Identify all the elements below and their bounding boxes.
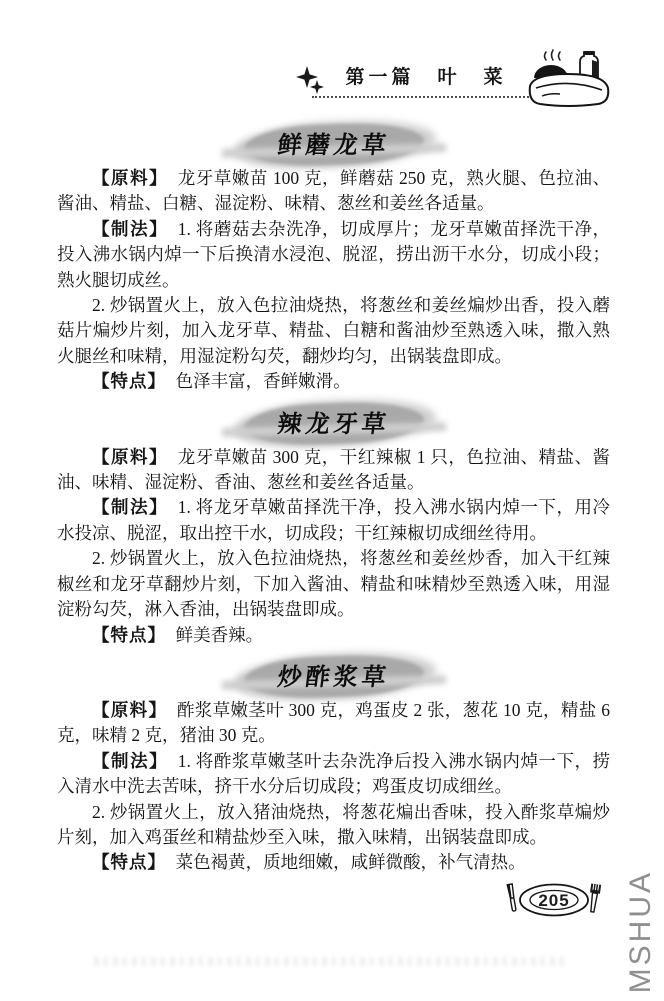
dish-illustration-icon [522, 48, 614, 112]
feature-label: 【特点】 [92, 371, 166, 391]
knife-icon [507, 884, 517, 911]
method-step-text: 2. 炒锅置火上，放入色拉油烧热，将葱丝和姜丝炒香，加入干红辣椒丝和龙牙草翻炒片… [57, 548, 610, 619]
feature-label: 【特点】 [92, 852, 166, 872]
recipe-title-banner: 鲜蘑龙草 [57, 120, 610, 160]
method-step-paragraph: 【制法】1. 将龙牙草嫩苗择洗干净，投入沸水锅内焯一下，用冷水投凉、脱涩，取出控… [57, 495, 610, 546]
page-body: 鲜蘑龙草 【原料】龙牙草嫩苗 100 克，鲜蘑菇 250 克，熟火腿、色拉油、酱… [57, 116, 610, 876]
method-step-text: 2. 炒锅置火上，放入猪油烧热，将葱花煸出香味，投入酢浆草煸炒片刻，加入鸡蛋丝和… [57, 802, 610, 847]
method-label: 【制法】 [92, 497, 168, 517]
recipe-section: 辣龙牙草 【原料】龙牙草嫩苗 300 克，干红辣椒 1 只，色拉油、精盐、酱油、… [57, 399, 610, 648]
method-label: 【制法】 [92, 751, 168, 771]
recipe-section: 鲜蘑龙草 【原料】龙牙草嫩苗 100 克，鲜蘑菇 250 克，熟火腿、色拉油、酱… [57, 120, 610, 395]
ingredients-label: 【原料】 [92, 700, 167, 720]
recipe-title: 鲜蘑龙草 [275, 125, 391, 160]
method-step-paragraph: 2. 炒锅置火上，放入色拉油烧热，将葱丝和姜丝炒香，加入干红辣椒丝和龙牙草翻炒片… [57, 546, 610, 622]
method-step-paragraph: 2. 炒锅置火上，放入色拉油烧热，将葱丝和姜丝煸炒出香，投入蘑菇片煸炒片刻，加入… [57, 293, 610, 369]
scanned-book-page: 第一篇 叶 菜 鲜蘑龙草 【原料 [0, 0, 664, 1001]
brush-stroke-background: 辣龙牙草 [256, 399, 412, 446]
ingredients-label: 【原料】 [92, 168, 168, 188]
method-label: 【制法】 [92, 219, 168, 239]
feature-text: 菜色褐黄，质地细嫩，咸鲜微酸，补气清热。 [176, 852, 526, 872]
page-number-plate: 205 [501, 878, 605, 922]
recipe-title: 辣龙牙草 [275, 404, 391, 439]
section-title: 第一篇 叶 菜 [345, 67, 506, 88]
page-number: 205 [538, 891, 569, 910]
ingredients-label: 【原料】 [92, 447, 168, 467]
ingredients-paragraph: 【原料】龙牙草嫩苗 100 克，鲜蘑菇 250 克，熟火腿、色拉油、酱油、精盐、… [57, 166, 610, 217]
method-step-paragraph: 2. 炒锅置火上，放入猪油烧热，将葱花煸出香味，投入酢浆草煸炒片刻，加入鸡蛋丝和… [57, 800, 610, 851]
method-step-text: 2. 炒锅置火上，放入色拉油烧热，将葱丝和姜丝煸炒出香，投入蘑菇片煸炒片刻，加入… [57, 295, 610, 366]
recipe-title-banner: 辣龙牙草 [57, 399, 610, 439]
brush-stroke-background: 鲜蘑龙草 [256, 120, 412, 167]
header-dotted-rule: 第一篇 叶 菜 [312, 62, 540, 98]
ingredients-paragraph: 【原料】龙牙草嫩苗 300 克，干红辣椒 1 只，色拉油、精盐、酱油、味精、湿淀… [57, 445, 610, 496]
recipe-title: 炒酢浆草 [275, 657, 391, 692]
ingredients-paragraph: 【原料】酢浆草嫩茎叶 300 克，鸡蛋皮 2 张，葱花 10 克，精盐 6 克，… [57, 698, 610, 749]
feature-text: 色泽丰富，香鲜嫩滑。 [176, 371, 351, 391]
fork-icon [587, 883, 601, 912]
feature-paragraph: 【特点】鲜美香辣。 [57, 623, 610, 648]
feature-paragraph: 【特点】色泽丰富，香鲜嫩滑。 [57, 369, 610, 394]
feature-paragraph: 【特点】菜色褐黄，质地细嫩，咸鲜微酸，补气清热。 [57, 850, 610, 875]
feature-label: 【特点】 [92, 625, 166, 645]
bleed-through-artifact [95, 957, 565, 966]
feature-text: 鲜美香辣。 [176, 625, 264, 645]
method-step-paragraph: 【制法】1. 将蘑菇去杂洗净，切成厚片；龙牙草嫩苗择洗干净，投入沸水锅内焯一下后… [57, 217, 610, 293]
recipe-title-banner: 炒酢浆草 [57, 652, 610, 692]
page-header: 第一篇 叶 菜 [0, 56, 664, 114]
brush-stroke-background: 炒酢浆草 [256, 652, 412, 699]
watermark-text: MSHUA [624, 870, 658, 993]
recipe-section: 炒酢浆草 【原料】酢浆草嫩茎叶 300 克，鸡蛋皮 2 张，葱花 10 克，精盐… [57, 652, 610, 876]
method-step-paragraph: 【制法】1. 将酢浆草嫩茎叶去杂洗净后投入沸水锅内焯一下，捞入清水中洗去苦味，挤… [57, 749, 610, 800]
